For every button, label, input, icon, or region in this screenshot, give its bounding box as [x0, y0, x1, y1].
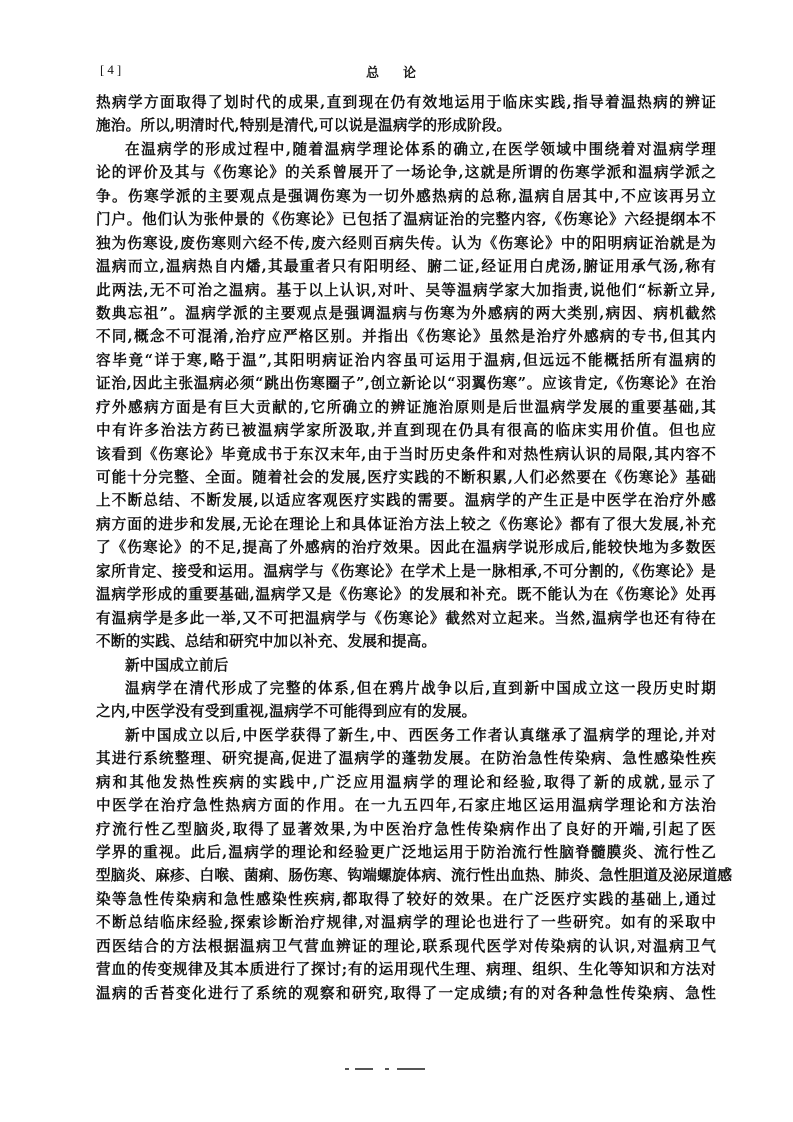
section-heading: 新中国成立前后	[96, 654, 716, 677]
text-line: 争。伤寒学派的主要观点是强调伤寒为一切外感热病的总称,温病自居其中,不应该再另立	[96, 185, 716, 208]
text-line: 其进行系统整理、研究提高,促进了温病学的蓬勃发展。在防治急性传染病、急性感染性疾	[96, 747, 716, 770]
text-line: 上不断总结、不断发展,以适应客观医疗实践的需要。温病学的产生正是中医学在治疗外感	[96, 489, 716, 512]
text-line: 西医结合的方法根据温病卫气营血辨证的理论,联系现代医学对传染病的认识,对温病卫气	[96, 935, 716, 958]
text-line: 该看到《伤寒论》毕竟成书于东汉末年,由于当时历史条件和对热性病认识的局限,其内容…	[96, 443, 716, 466]
text-line: 不断的实践、总结和研究中加以补充、发展和提高。	[96, 630, 716, 653]
text-line: 证治,因此主张温病必须“跳出伤寒圈子”,创立新论以“羽翼伤寒”。应该肯定,《伤寒…	[96, 372, 716, 395]
body-text: 热病学方面取得了划时代的成果,直到现在仍有效地运用于临床实践,指导着温热病的辨证…	[96, 91, 716, 1005]
text-line: 了《伤寒论》的不足,提高了外感病的治疗效果。因此在温病学说形成后,能较快地为多数…	[96, 536, 716, 559]
text-line: 容毕竟“详于寒,略于温”,其阳明病证治内容虽可运用于温病,但远远不能概括所有温病…	[96, 349, 716, 372]
text-line: 门户。他们认为张仲景的《伤寒论》已包括了温病证治的完整内容,《伤寒论》六经提纲本…	[96, 208, 716, 231]
text-line: 温病的舌苔变化进行了系统的观察和研究,取得了一定成绩;有的对各种急性传染病、急性	[96, 982, 716, 1005]
text-line: 新中国成立以后,中医学获得了新生,中、西医务工作者认真继承了温病学的理论,并对	[96, 724, 716, 747]
running-head: 总论	[366, 62, 440, 81]
text-line: 之内,中医学没有受到重视,温病学不可能得到应有的发展。	[96, 700, 716, 723]
scan-artifact-marks	[345, 1068, 455, 1072]
text-line: 此两法,无不可治之温病。基于以上认识,对叶、吴等温病学家大加指责,说他们“标新立…	[96, 279, 716, 302]
text-line: 家所肯定、接受和运用。温病学与《伤寒论》在学术上是一脉相承,不可分割的,《伤寒论…	[96, 560, 716, 583]
text-line: 有温病学是多此一举,又不可把温病学与《伤寒论》截然对立起来。当然,温病学也还有待…	[96, 607, 716, 630]
text-line: 疗外感病方面是有巨大贡献的,它所确立的辨证施治原则是后世温病学发展的重要基础,其	[96, 396, 716, 419]
text-line: 施治。所以,明清时代,特别是清代,可以说是温病学的形成阶段。	[96, 114, 716, 137]
text-line: 疗流行性乙型脑炎,取得了显著效果,为中医治疗急性传染病作出了良好的开端,引起了医	[96, 818, 716, 841]
text-line: 温病而立,温病热自内燔,其最重者只有阳明经、腑二证,经证用白虎汤,腑证用承气汤,…	[96, 255, 716, 278]
text-line: 学界的重视。此后,温病学的理论和经验更广泛地运用于防治流行性脑脊髓膜炎、流行性乙	[96, 841, 716, 864]
text-line: 型脑炎、麻疹、白喉、菌痢、肠伤寒、钩端螺旋体病、流行性出血热、肺炎、急性胆道及泌…	[96, 864, 716, 887]
text-line: 可能十分完整、全面。随着社会的发展,医疗实践的不断积累,人们必然要在《伤寒论》基…	[96, 466, 716, 489]
text-line: 中有许多治法方药已被温病学家所汲取,并直到现在仍具有很高的临床实用价值。但也应	[96, 419, 716, 442]
text-line: 热病学方面取得了划时代的成果,直到现在仍有效地运用于临床实践,指导着温热病的辨证	[96, 91, 716, 114]
text-line: 论的评价及其与《伤寒论》的关系曾展开了一场论争,这就是所谓的伤寒学派和温病学派之	[96, 161, 716, 184]
text-line: 中医学在治疗急性热病方面的作用。在一九五四年,石家庄地区运用温病学理论和方法治	[96, 794, 716, 817]
text-line: 温病学形成的重要基础,温病学又是《伤寒论》的发展和补充。既不能认为在《伤寒论》处…	[96, 583, 716, 606]
text-line: 营血的传变规律及其本质进行了探讨;有的运用现代生理、病理、组织、生化等知识和方法…	[96, 958, 716, 981]
text-line: 不断总结临床经验,探索诊断治疗规律,对温病学的理论也进行了一些研究。如有的采取中	[96, 911, 716, 934]
text-line: 病方面的进步和发展,无论在理论上和具体证治方法上较之《伤寒论》都有了很大发展,补…	[96, 513, 716, 536]
text-line: 温病学在清代形成了完整的体系,但在鸦片战争以后,直到新中国成立这一段历史时期	[96, 677, 716, 700]
text-line: 独为伤寒设,废伤寒则六经不传,废六经则百病失传。认为《伤寒论》中的阳明病证治就是…	[96, 232, 716, 255]
text-line: 病和其他发热性疾病的实践中,广泛应用温病学的理论和经验,取得了新的成就,显示了	[96, 771, 716, 794]
text-line: 数典忘祖”。温病学派的主要观点是强调温病与伤寒为外感病的两大类别,病因、病机截然	[96, 302, 716, 325]
text-line: 在温病学的形成过程中,随着温病学理论体系的确立,在医学领域中围绕着对温病学理	[96, 138, 716, 161]
text-line: 不同,概念不可混淆,治疗应严格区别。并指出《伤寒论》虽然是治疗外感病的专书,但其…	[96, 325, 716, 348]
page-number: [4]	[100, 62, 124, 78]
text-line: 染等急性传染病和急性感染性疾病,都取得了较好的效果。在广泛医疗实践的基础上,通过	[96, 888, 716, 911]
